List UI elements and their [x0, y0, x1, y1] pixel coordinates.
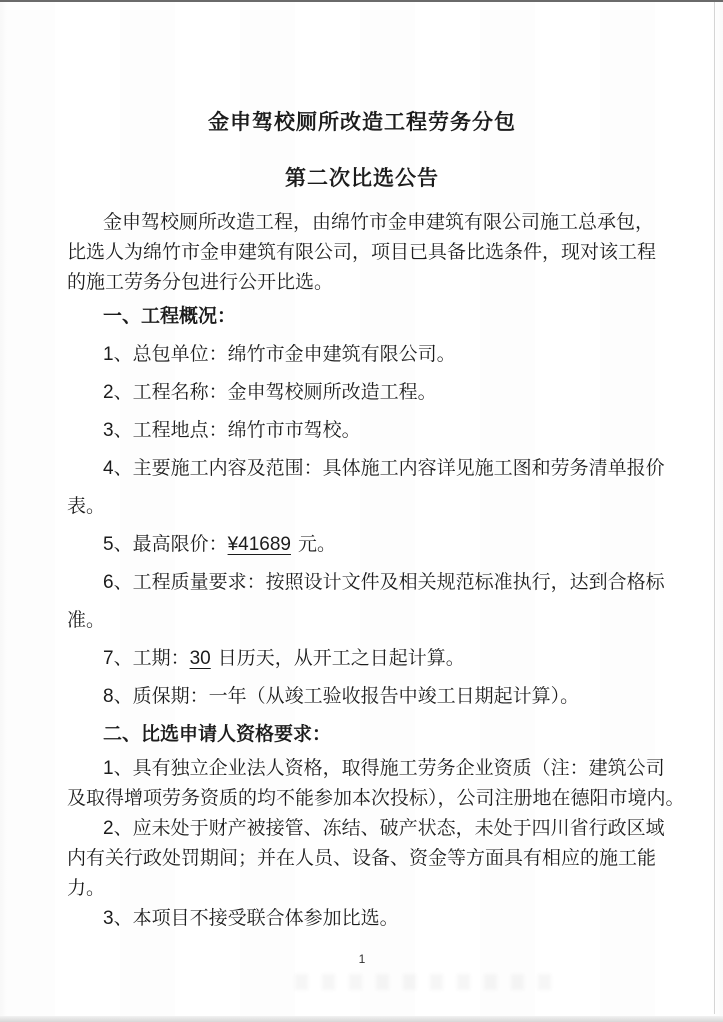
sec1-item-contractor: 1、总包单位：绵竹市金申建筑有限公司。 — [67, 336, 657, 374]
sec1-item-location: 3、工程地点：绵竹市市驾校。 — [67, 412, 657, 450]
sec1-item-scope-line2: 表。 — [67, 488, 657, 526]
sec2-item-no-consortium: 3、本项目不接受联合体参加比选。 — [67, 904, 657, 934]
max-price-unit: 元。 — [298, 534, 336, 555]
section2-heading: 二、比选申请人资格要求： — [67, 716, 657, 754]
section1-heading: 一、工程概况： — [67, 298, 657, 336]
page-number: 1 — [67, 952, 657, 966]
scan-right-edge — [714, 2, 715, 1014]
scan-bottom-edge — [0, 1016, 723, 1022]
duration-suffix: 日历天，从开工之日起计算。 — [218, 648, 465, 669]
document-title: 金申驾校厕所改造工程劳务分包 — [67, 108, 657, 138]
sec1-item-quality-line2: 准。 — [67, 602, 657, 640]
sec2-item-qualification-line2: 及取得增项劳务资质的均不能参加本次投标），公司注册地在德阳市境内。 — [67, 784, 657, 814]
max-price-value: ¥41689 — [228, 534, 298, 555]
sec1-item-warranty: 8、质保期：一年（从竣工验收报告中竣工日期起计算）。 — [67, 678, 657, 716]
intro-paragraph: 金申驾校厕所改造工程，由绵竹市金申建筑有限公司施工总承包， 比选人为绵竹市金申建… — [67, 208, 657, 298]
sec1-item-scope-line1: 4、主要施工内容及范围：具体施工内容详见施工图和劳务清单报价 — [67, 450, 657, 488]
intro-line: 金申驾校厕所改造工程，由绵竹市金申建筑有限公司施工总承包， — [67, 208, 657, 238]
sec1-item-quality-line1: 6、工程质量要求：按照设计文件及相关规范标准执行，达到合格标 — [67, 564, 657, 602]
sec2-item-status-line1: 2、应未处于财产被接管、冻结、破产状态，未处于四川省行政区域 — [67, 814, 657, 844]
sec1-item-max-price: 5、最高限价：¥41689元。 — [67, 526, 657, 564]
sec1-item-duration: 7、工期：30日历天，从开工之日起计算。 — [67, 640, 657, 678]
duration-value: 30 — [190, 648, 218, 669]
scan-showthrough-smudge — [295, 974, 565, 990]
sec2-item-status-line3: 力。 — [67, 874, 657, 904]
sec2-item-status-line2: 内有关行政处罚期间；并在人员、设备、资金等方面具有相应的施工能 — [67, 844, 657, 874]
sec2-item-qualification-line1: 1、具有独立企业法人资格，取得施工劳务企业资质（注：建筑公司 — [67, 754, 657, 784]
duration-label: 7、工期： — [103, 648, 190, 669]
document-subtitle: 第二次比选公告 — [67, 164, 657, 194]
section-applicant-qualifications: 二、比选申请人资格要求： 1、具有独立企业法人资格，取得施工劳务企业资质（注：建… — [67, 716, 657, 934]
sec1-item-project-name: 2、工程名称：金申驾校厕所改造工程。 — [67, 374, 657, 412]
intro-line: 比选人为绵竹市金申建筑有限公司，项目已具备比选条件，现对该工程 — [67, 238, 657, 268]
intro-line: 的施工劳务分包进行公开比选。 — [67, 268, 657, 298]
max-price-label: 5、最高限价： — [103, 534, 228, 555]
scanned-document-page: 金申驾校厕所改造工程劳务分包 第二次比选公告 金申驾校厕所改造工程，由绵竹市金申… — [67, 0, 657, 966]
section-project-overview: 一、工程概况： 1、总包单位：绵竹市金申建筑有限公司。 2、工程名称：金申驾校厕… — [67, 298, 657, 716]
